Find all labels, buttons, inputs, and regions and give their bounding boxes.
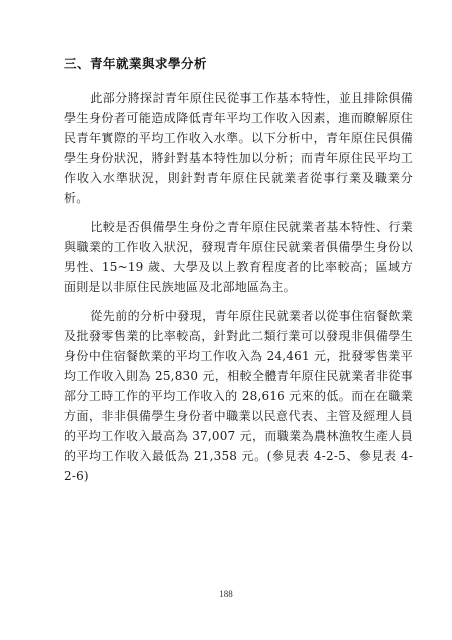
- section-heading: 三、青年就業與求學分析: [64, 54, 413, 72]
- document-page: 三、青年就業與求學分析 此部分將探討青年原住民從事工作基本特性，並且排除俱備學生…: [0, 0, 452, 640]
- text-block: 三、青年就業與求學分析 此部分將探討青年原住民從事工作基本特性，並且排除俱備學生…: [64, 54, 413, 495]
- paragraph-1: 此部分將探討青年原住民從事工作基本特性，並且排除俱備學生身份者可能造成降低青年平…: [64, 88, 413, 208]
- paragraph-2: 比較是否俱備學生身份之青年原住民就業者基本特性、行業與職業的工作收入狀況，發現青…: [64, 217, 413, 297]
- page-number: 188: [0, 589, 452, 599]
- paragraph-3: 從先前的分析中發現，青年原住民就業者以從事住宿餐飲業及批發零售業的比率較高，針對…: [64, 306, 413, 486]
